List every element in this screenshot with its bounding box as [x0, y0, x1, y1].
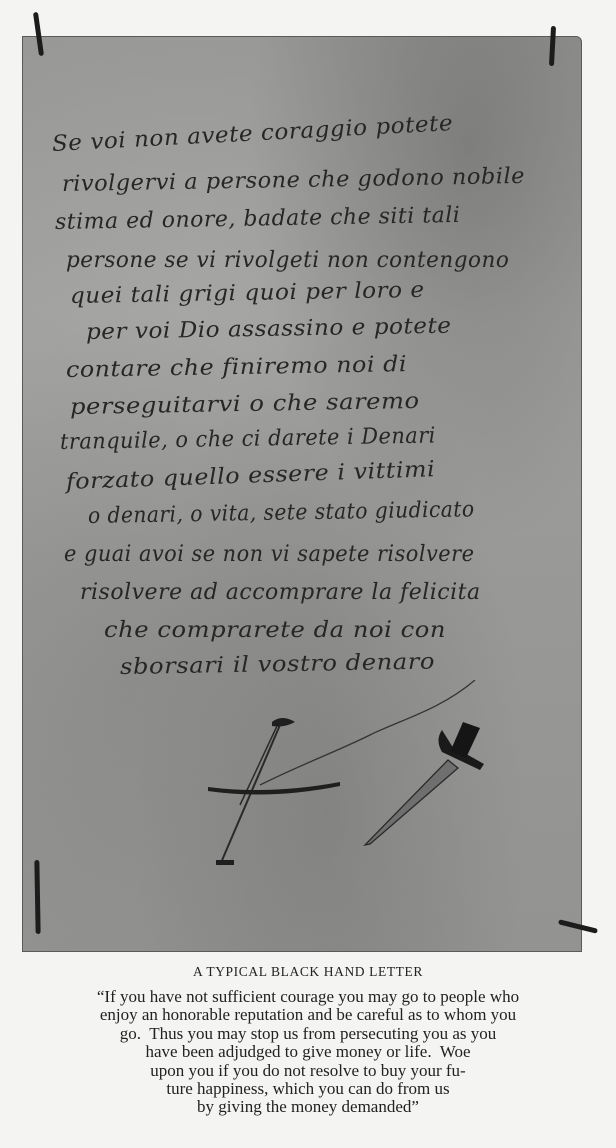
caption-quote-line: enjoy an honorable reputation and be car…	[0, 1006, 616, 1024]
caption-quote-line: “If you have not sufficient courage you …	[0, 988, 616, 1006]
caption: A TYPICAL BLACK HAND LETTER “If you have…	[0, 960, 616, 1117]
handwritten-line: che comprarete da noi con	[104, 618, 446, 643]
caption-quote: “If you have not sufficient courage you …	[0, 988, 616, 1117]
book-page: Se voi non avete coraggio potete rivolge…	[0, 0, 616, 1148]
caption-title: A TYPICAL BLACK HAND LETTER	[0, 964, 616, 980]
caption-quote-line: go. Thus you may stop us from persecutin…	[0, 1025, 616, 1043]
caption-quote-line: by giving the money demanded”	[0, 1098, 616, 1116]
handwritten-line: persone se vi rivolgeti non contengono	[66, 248, 509, 273]
caption-quote-line: upon you if you do not resolve to buy yo…	[0, 1062, 616, 1080]
handwritten-line: e guai avoi se non vi sapete risolvere	[64, 542, 474, 567]
cross-and-dagger-icon	[180, 680, 520, 880]
caption-quote-line: have been adjudged to give money or life…	[0, 1043, 616, 1061]
caption-quote-line: ture happiness, which you can do from us	[0, 1080, 616, 1098]
handwritten-line: risolvere ad accomprare la felicita	[80, 580, 481, 605]
